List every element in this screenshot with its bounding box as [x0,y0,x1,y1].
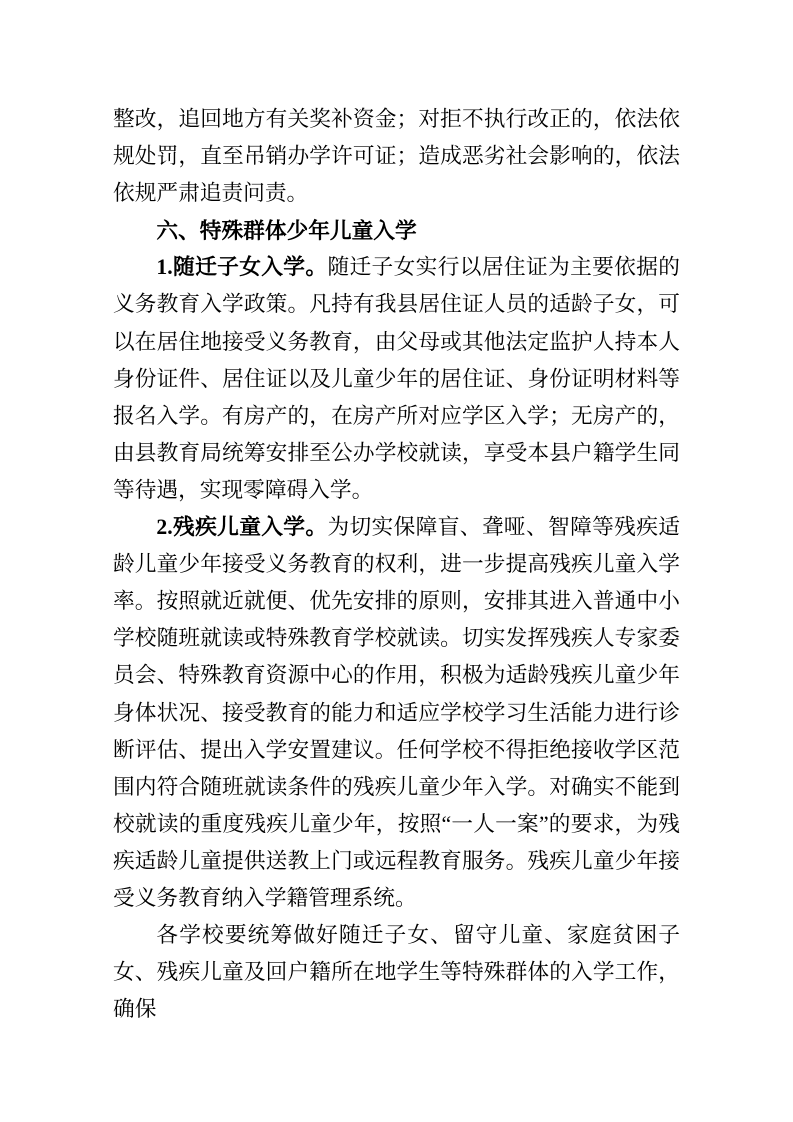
paragraph-migrant-children-lead: 1.随迁子女入学。 [156,255,327,279]
paragraph-disabled-children-text: 为切实保障盲、聋哑、智障等残疾适龄儿童少年接受义务教育的权利，进一步提高残疾儿童… [113,515,680,910]
paragraph-accountability: 整改，追回地方有关奖补资金；对拒不执行改正的，依法依规处罚，直至吊销办学许可证；… [113,101,680,212]
paragraph-disabled-children: 2.残疾儿童入学。为切实保障盲、聋哑、智障等残疾适龄儿童少年接受义务教育的权利，… [113,509,680,917]
paragraph-disabled-children-lead: 2.残疾儿童入学。 [156,515,327,539]
paragraph-migrant-children: 1.随迁子女入学。随迁子女实行以居住证为主要依据的义务教育入学政策。凡持有我县居… [113,249,680,509]
section-heading-special-groups: 六、特殊群体少年儿童入学 [113,212,680,249]
document-body: 整改，追回地方有关奖补资金；对拒不执行改正的，依法依规处罚，直至吊销办学许可证；… [113,101,680,1028]
document-page: 整改，追回地方有关奖补资金；对拒不执行改正的，依法依规处罚，直至吊销办学许可证；… [0,0,793,1122]
paragraph-all-schools: 各学校要统筹做好随迁子女、留守儿童、家庭贫困子女、残疾儿童及回户籍所在地学生等特… [113,917,680,1028]
paragraph-migrant-children-text: 随迁子女实行以居住证为主要依据的义务教育入学政策。凡持有我县居住证人员的适龄子女… [113,255,680,502]
